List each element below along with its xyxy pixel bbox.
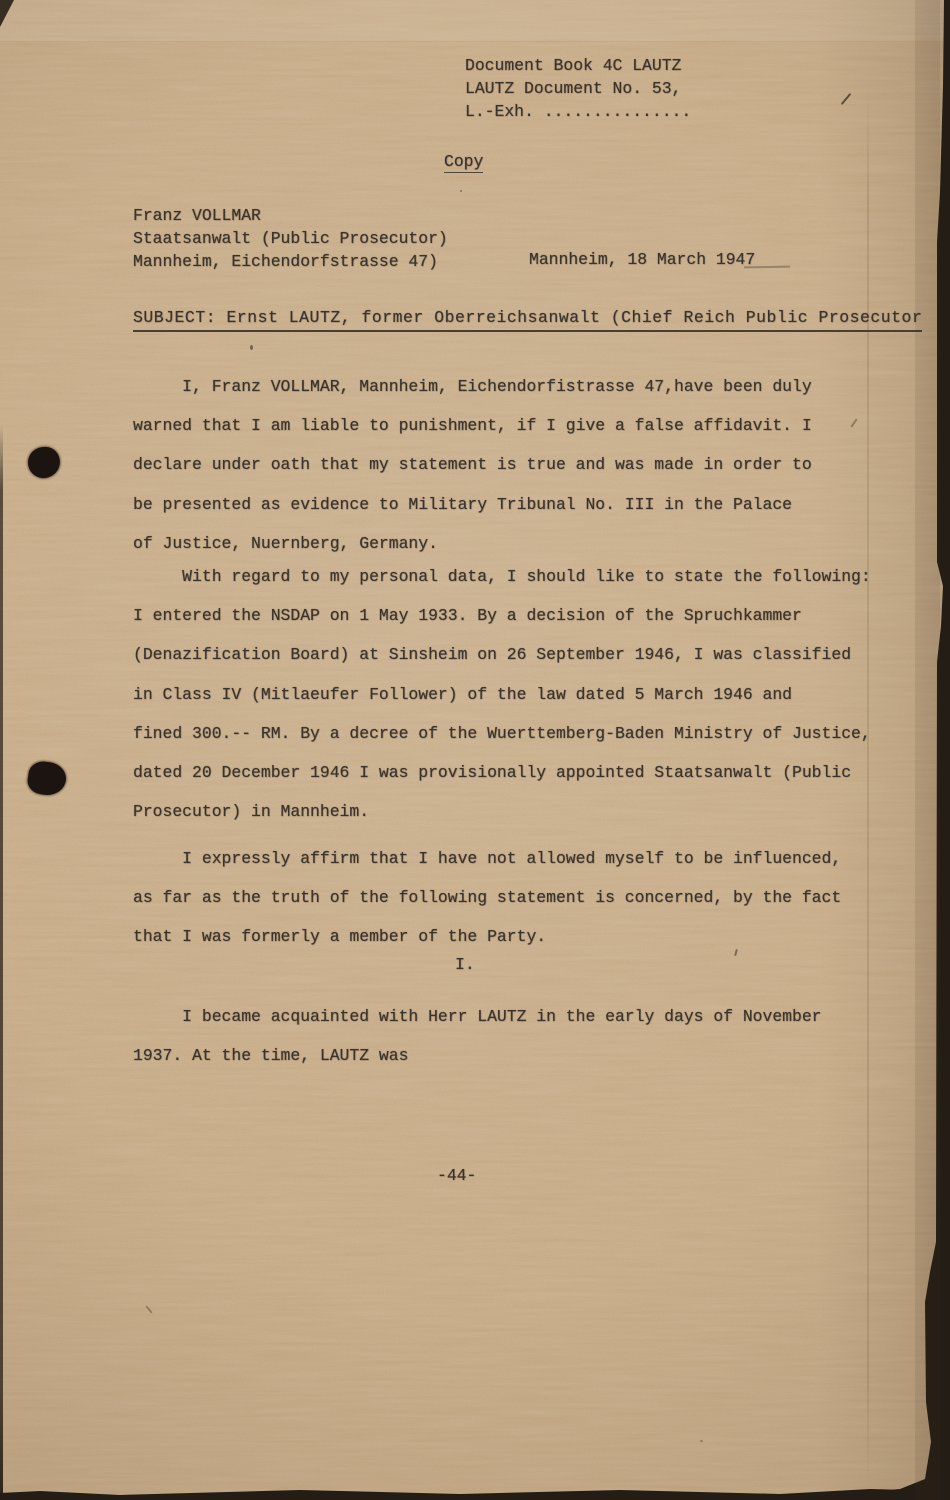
smudge-mark xyxy=(700,1440,703,1442)
text-line: (Denazification Board) at Sinsheim on 26… xyxy=(133,635,871,674)
paragraph-oath: I, Franz VOLLMAR, Mannheim, Eichendorfis… xyxy=(133,367,812,563)
text-line: declare under oath that my statement is … xyxy=(133,445,812,484)
text-line: be presented as evidence to Military Tri… xyxy=(133,485,812,524)
subject-line: SUBJECT: Ernst LAUTZ, former Oberreichsa… xyxy=(133,308,922,327)
paragraph-affirmation: I expressly affirm that I have not allow… xyxy=(133,839,841,957)
text-line: I became acquainted with Herr LAUTZ in t… xyxy=(133,997,822,1036)
text-line: Prosecutor) in Mannheim. xyxy=(133,792,871,831)
text-line: Mannheim, Eichendorfstrasse 47) xyxy=(133,250,448,273)
section-heading: I. xyxy=(455,955,475,974)
punch-hole xyxy=(26,444,63,480)
text-line: I expressly affirm that I have not allow… xyxy=(133,839,841,878)
paragraph-acquaintance: I became acquainted with Herr LAUTZ in t… xyxy=(133,997,822,1075)
text-line: as far as the truth of the following sta… xyxy=(133,878,841,917)
pen-dash-mark xyxy=(744,266,790,268)
text-line: fined 300.-- RM. By a decree of the Wuer… xyxy=(133,714,871,753)
text-line: dated 20 December 1946 I was provisional… xyxy=(133,753,871,792)
text-line: Document Book 4C LAUTZ xyxy=(465,54,691,77)
smudge-mark xyxy=(850,418,857,427)
corner-shadow-mark xyxy=(0,0,14,27)
text-line: warned that I am liable to punishment, i… xyxy=(133,406,812,445)
text-line: LAUTZ Document No. 53, xyxy=(465,77,691,100)
text-line: I entered the NSDAP on 1 May 1933. By a … xyxy=(133,596,871,635)
text-line: Staatsanwalt (Public Prosecutor) xyxy=(133,227,448,250)
text-line: Franz VOLLMAR xyxy=(133,204,448,227)
document-reference-block: Document Book 4C LAUTZLAUTZ Document No.… xyxy=(465,54,691,124)
text-line: I, Franz VOLLMAR, Mannheim, Eichendorfis… xyxy=(133,367,812,406)
page-number: -44- xyxy=(437,1166,476,1185)
subject-line-text: SUBJECT: Ernst LAUTZ, former Oberreichsa… xyxy=(133,308,922,332)
text-line: 1937. At the time, LAUTZ was xyxy=(133,1036,822,1075)
pen-tick-mark xyxy=(841,93,852,105)
dateline: Mannheim, 18 March 1947 xyxy=(529,250,755,269)
smudge-mark xyxy=(460,190,462,192)
smudge-mark xyxy=(250,345,253,350)
text-line: in Class IV (Mitlaeufer Follower) of the… xyxy=(133,675,871,714)
copy-label-text: Copy xyxy=(444,152,483,173)
smudge-mark xyxy=(145,1305,152,1313)
text-line: L.-Exh. ............... xyxy=(465,100,691,123)
text-line: With regard to my personal data, I shoul… xyxy=(133,557,871,596)
scanned-document-page: Document Book 4C LAUTZLAUTZ Document No.… xyxy=(0,0,950,1500)
sender-address-block: Franz VOLLMARStaatsanwalt (Public Prosec… xyxy=(133,204,448,274)
punch-hole xyxy=(26,760,68,798)
paragraph-personal-data: With regard to my personal data, I shoul… xyxy=(133,557,871,831)
copy-label: Copy xyxy=(444,152,483,171)
scan-top-light-band xyxy=(0,0,950,42)
left-edge-shadow xyxy=(0,425,3,1500)
